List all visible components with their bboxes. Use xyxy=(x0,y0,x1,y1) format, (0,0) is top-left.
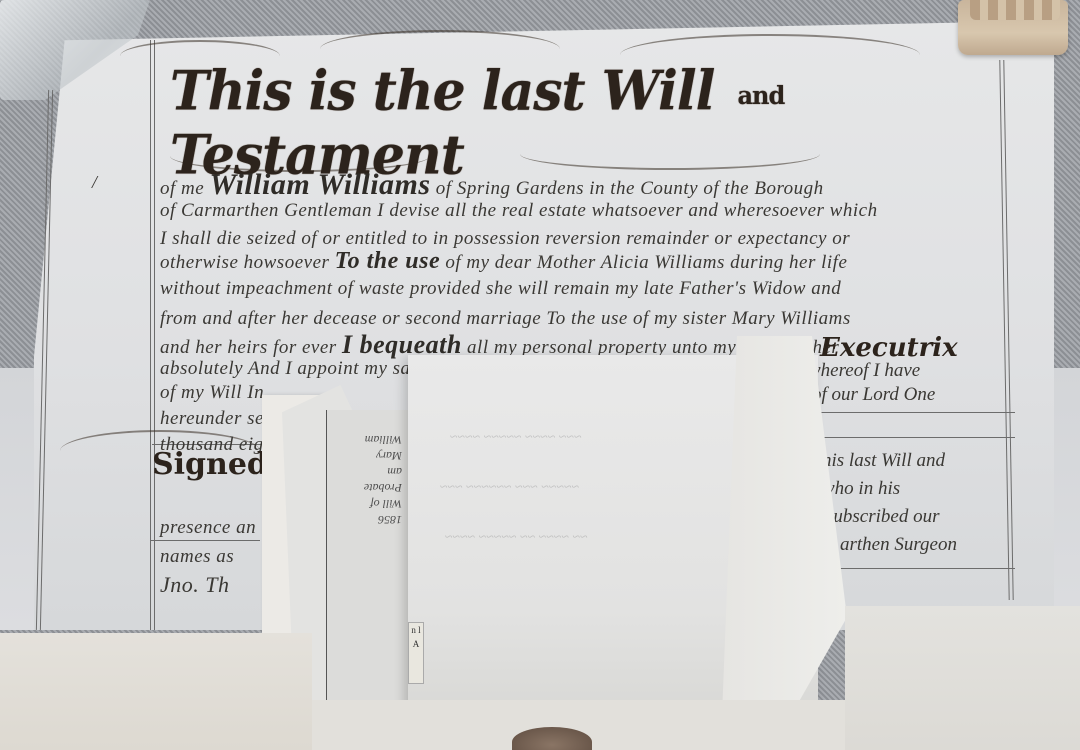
executrix-heading: Executrix xyxy=(820,333,958,363)
ruled-line xyxy=(820,437,1015,438)
right-fragment-1: whereof I have xyxy=(808,360,920,382)
right-fragment-3: his last Will and xyxy=(822,450,945,472)
signed-line-3: Jno. Th xyxy=(160,572,230,598)
will-line-9: of my Will In xyxy=(160,382,264,404)
title-and: and xyxy=(737,80,784,110)
title-part-1: This is the last Will xyxy=(170,59,714,123)
right-fragment-5: subscribed our xyxy=(826,506,939,528)
photo-scene: This is the last Will and Testament / of… xyxy=(0,0,1080,750)
signed-line-1: presence an xyxy=(160,517,256,539)
will-line-4: otherwise howsoever To the use of my dea… xyxy=(160,248,847,275)
endorsement-text: 1856 Will of Probate am Mary William xyxy=(332,432,402,528)
will-line-10: hereunder set xyxy=(160,408,270,430)
will-line-6: from and after her decease or second mar… xyxy=(160,308,851,330)
signed-line-2: names as xyxy=(160,546,234,568)
will-line-1: of me William Williams of Spring Gardens… xyxy=(160,168,824,202)
margin-mark: / xyxy=(92,172,97,193)
bleed-through-text: ~~ ~~~~ ~~ ~~~~~ ~~~~ xyxy=(445,530,588,546)
margin-rule xyxy=(150,40,151,630)
ruled-line xyxy=(820,412,1015,413)
wax-seal xyxy=(512,727,592,750)
testator-name: William Williams xyxy=(209,168,430,201)
ruled-line xyxy=(150,540,260,541)
will-line-3: I shall die seized of or entitled to in … xyxy=(160,228,850,250)
lower-right-sheet xyxy=(845,606,1080,750)
right-fragment-2: of our Lord One xyxy=(812,384,935,406)
will-line-2: of Carmarthen Gentleman I devise all the… xyxy=(160,200,878,222)
lower-left-sheet xyxy=(0,633,312,750)
bleed-through-text: ~~~~~ ~~~ ~~~~~~ ~~~ xyxy=(440,480,579,496)
bleed-through-text: ~~~ ~~~~ ~~~~~ ~~~~ xyxy=(450,430,582,446)
margin-rule xyxy=(154,40,155,630)
ruled-line xyxy=(820,568,1015,569)
signed-heading: Signed xyxy=(152,447,268,482)
side-label-tag: n l A xyxy=(408,622,424,684)
will-line-5: without impeachment of waste provided sh… xyxy=(160,278,841,300)
right-fragment-4: who in his xyxy=(822,478,900,500)
document-weight xyxy=(958,0,1068,55)
right-fragment-6: arthen Surgeon xyxy=(840,534,957,556)
